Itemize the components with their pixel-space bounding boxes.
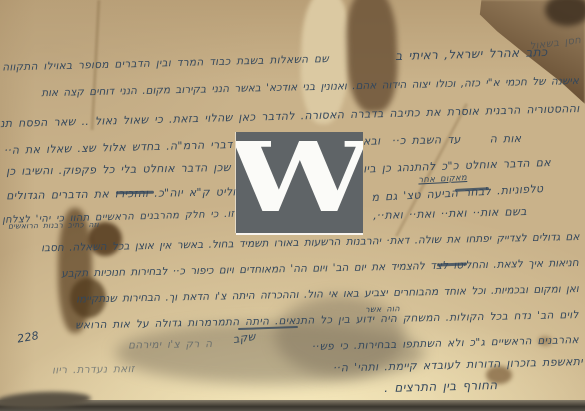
manuscript-line: שקב xyxy=(232,331,256,345)
manuscript-photo: חסן בשאול כתב אהרל ישראל, ראיתי ב שם השא… xyxy=(0,0,585,411)
manuscript-line-insert: וזה כתיב רבנות הרואשים xyxy=(8,221,99,230)
manuscript-line: אות ה עד השבת כ·· ובא· xyxy=(359,133,521,147)
w-letter-icon: W xyxy=(236,132,363,226)
manuscript-line: כתב אהרל ישראל, ראיתי ב xyxy=(395,46,548,62)
watermark: W xyxy=(236,132,363,233)
manuscript-line: החורף בין התרצים . xyxy=(384,379,497,394)
page-number-mark: 228 xyxy=(16,330,39,345)
manuscript-line: זואת נעדרת. ריוו xyxy=(52,364,135,376)
manuscript-line: ה רק צ'ו ימירהם xyxy=(128,339,212,351)
